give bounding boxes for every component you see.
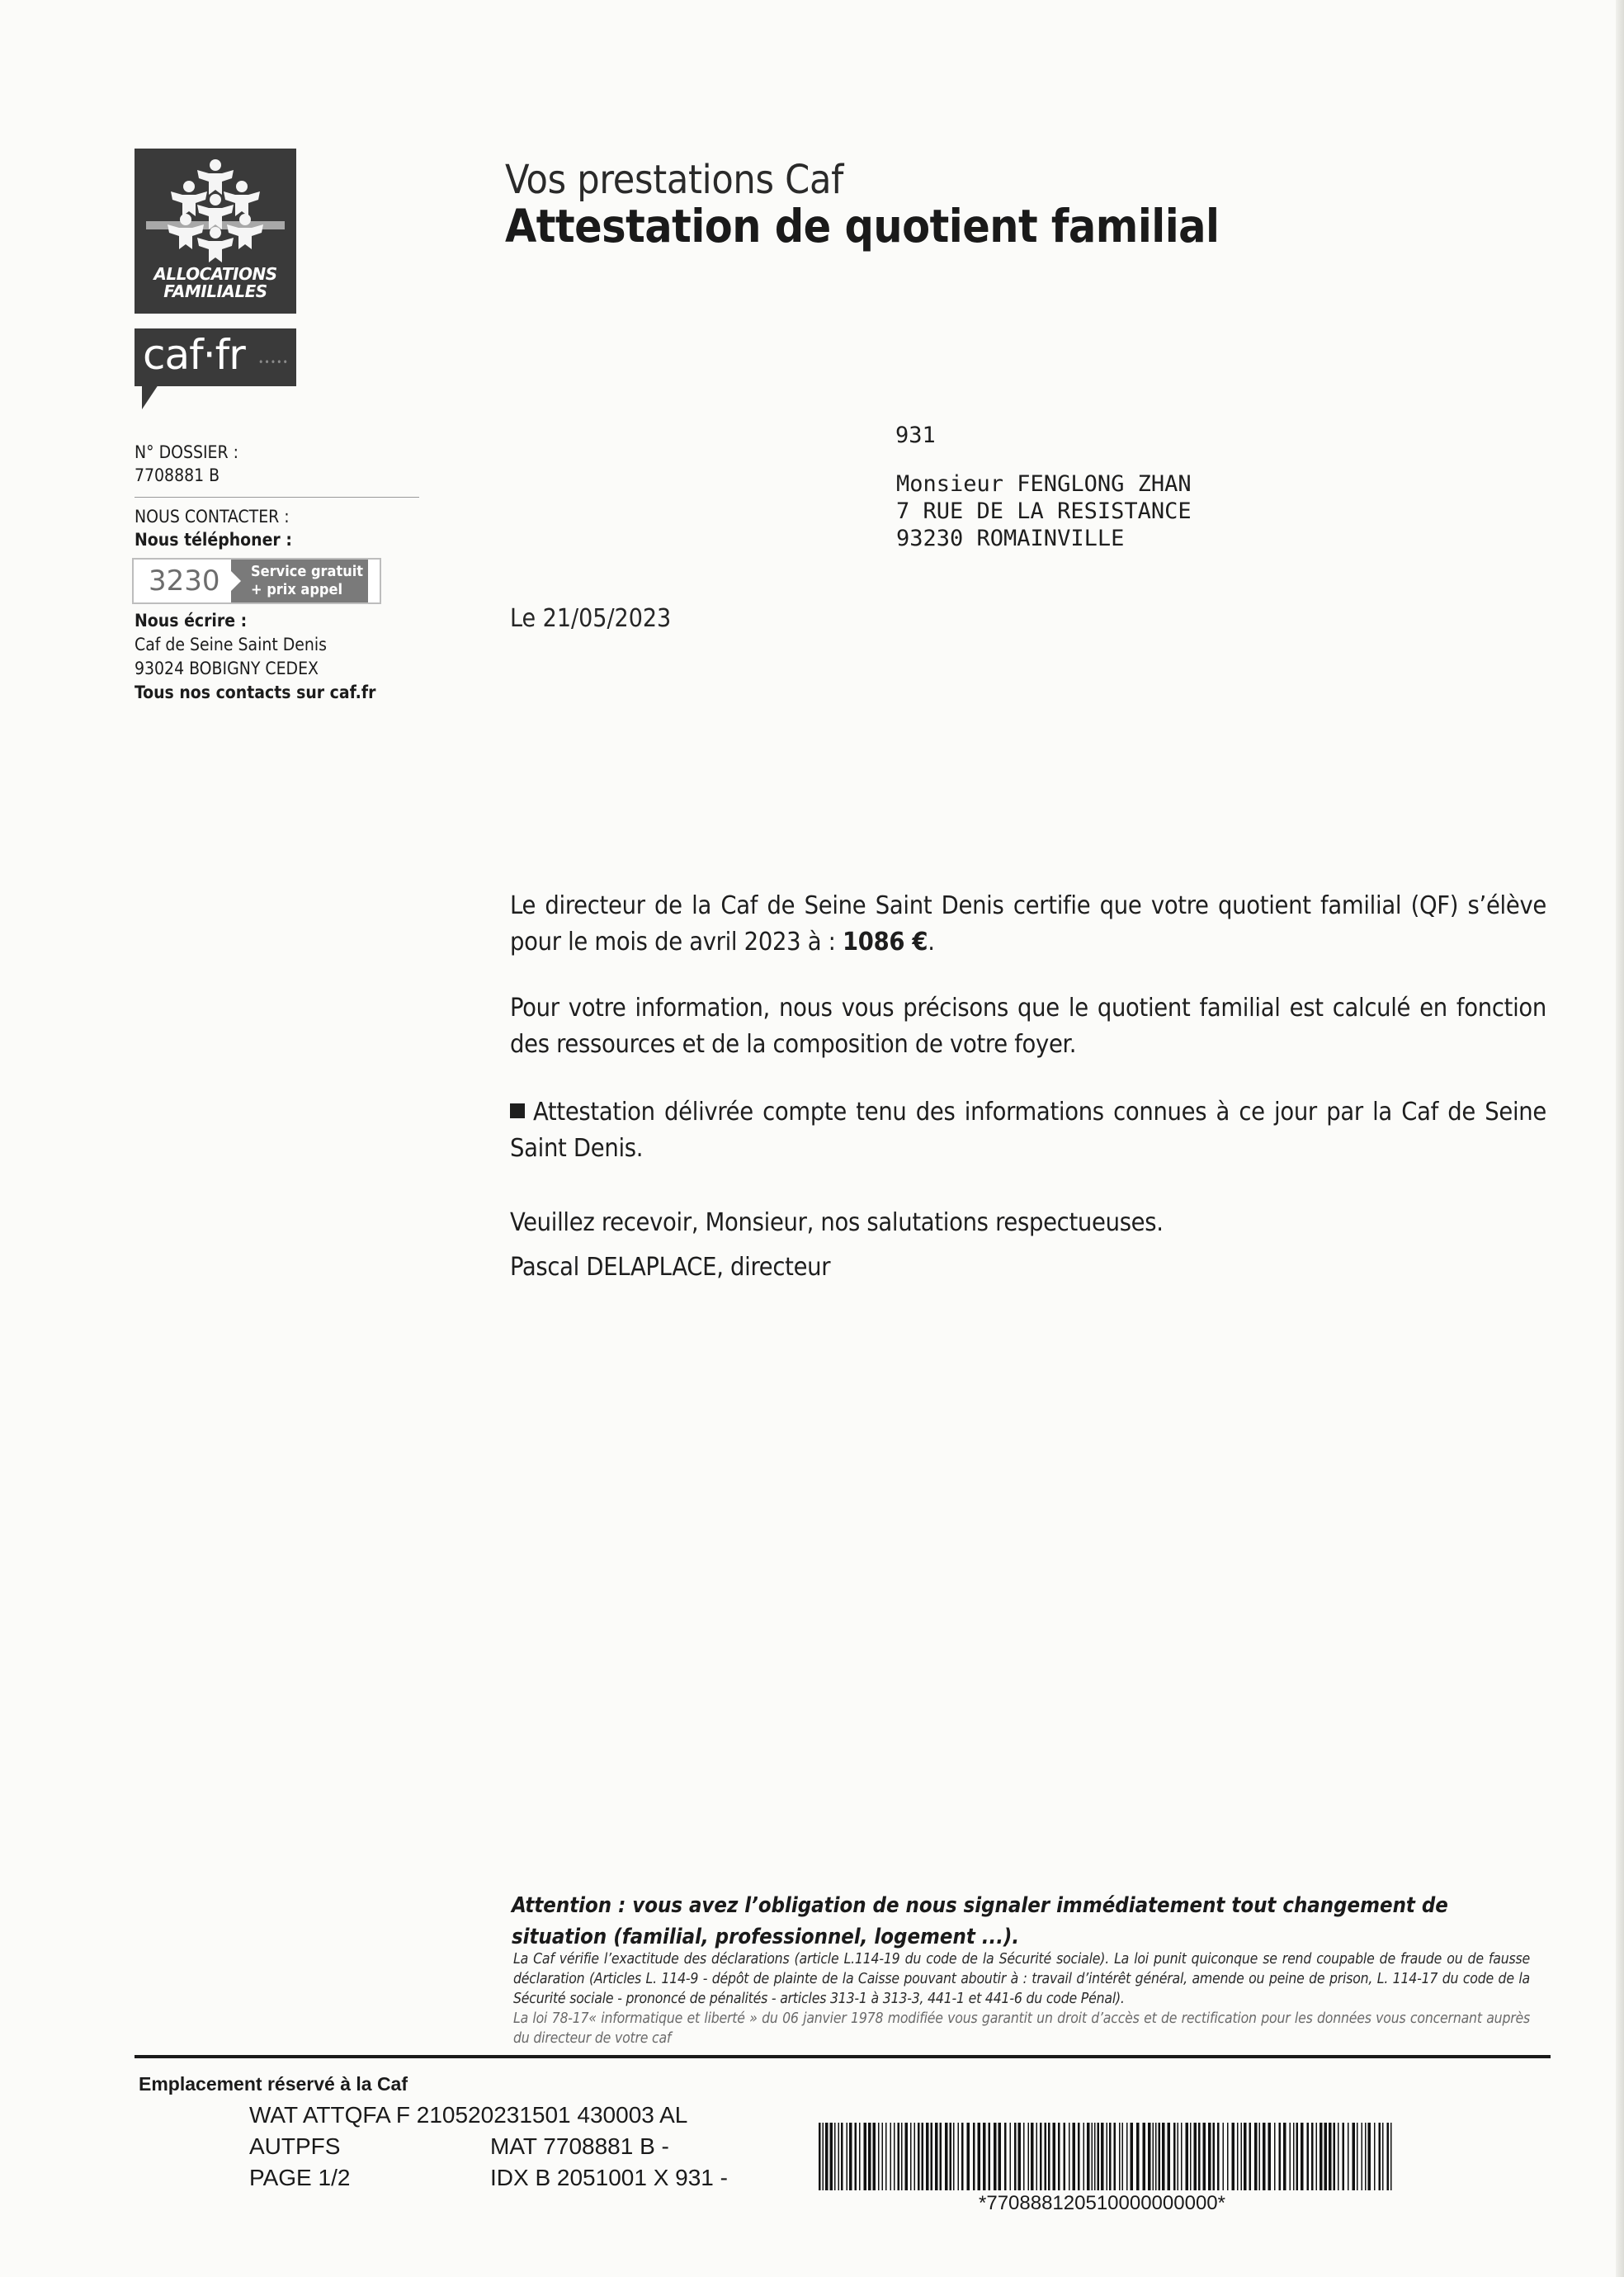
paragraph-qf: Le directeur de la Caf de Seine Saint De… xyxy=(510,888,1546,961)
caf-logo: ALLOCATIONS FAMILIALES xyxy=(135,149,296,314)
recipient-name: Monsieur FENGLONG ZHAN xyxy=(896,470,1192,498)
paper-edge xyxy=(1616,0,1624,2277)
paragraph-attestation: Attestation délivrée compte tenu des inf… xyxy=(510,1094,1546,1167)
bullet-square-icon xyxy=(510,1103,525,1118)
write-address-line-2: 93024 BOBIGNY CEDEX xyxy=(135,657,419,681)
caf-fr-dots-icon: ••••• xyxy=(258,357,289,368)
caf-fr-label: caf·fr xyxy=(143,330,245,380)
phone-tag: Service gratuit + prix appel xyxy=(231,560,368,602)
contact-heading: NOUS CONTACTER : xyxy=(135,505,419,528)
letter-date: Le 21/05/2023 xyxy=(510,604,671,633)
reserved-area-label: Emplacement réservé à la Caf xyxy=(139,2073,408,2095)
code-right-2: MAT 7708881 B - xyxy=(490,2133,669,2161)
sidebar-divider xyxy=(135,497,419,498)
write-label: Nous écrire : xyxy=(135,609,419,633)
family-people-icon xyxy=(135,155,296,262)
dossier-number: 7708881 B xyxy=(135,464,419,487)
attestation-text: Attestation délivrée compte tenu des inf… xyxy=(510,1098,1546,1163)
notice-title: Attention : vous avez l’obligation de no… xyxy=(512,1890,1527,1953)
paragraph-info: Pour votre information, nous vous précis… xyxy=(510,990,1546,1063)
contact-block: NOUS CONTACTER : Nous téléphoner : xyxy=(135,505,419,551)
logo-wordmark: ALLOCATIONS FAMILIALES xyxy=(135,266,296,300)
phone-number[interactable]: 3230 xyxy=(149,565,220,598)
recipient-address: Monsieur FENGLONG ZHAN 7 RUE DE LA RESIS… xyxy=(896,470,1192,552)
phone-label: Nous téléphoner : xyxy=(135,528,419,551)
write-address-line-1: Caf de Seine Saint Denis xyxy=(135,633,419,657)
qf-amount: 1086 € xyxy=(843,928,928,957)
code-line-1: WAT ATTQFA F 210520231501 430003 AL xyxy=(249,2101,687,2129)
code-left-3: PAGE 1/2 xyxy=(249,2164,350,2192)
phone-badge[interactable]: 3230 Service gratuit + prix appel xyxy=(132,558,381,604)
caf-fr-badge: caf·fr ••••• xyxy=(135,328,296,386)
code-right-3: IDX B 2051001 X 931 - xyxy=(490,2164,728,2192)
notice-legal-text: La Caf vérifie l’exactitude des déclarat… xyxy=(513,1949,1530,2009)
notice-divider xyxy=(135,2055,1551,2058)
barcode-value: *770888120510000000000* xyxy=(979,2192,1225,2215)
barcode xyxy=(817,2123,1395,2190)
dossier-label: N° DOSSIER : xyxy=(135,441,419,464)
qf-statement: Le directeur de la Caf de Seine Saint De… xyxy=(510,891,1546,957)
phone-tag-line-1: Service gratuit xyxy=(251,563,368,581)
recipient-street: 7 RUE DE LA RESISTANCE xyxy=(896,498,1192,525)
speech-bubble-tail-icon xyxy=(142,385,158,409)
write-block: Nous écrire : Caf de Seine Saint Denis 9… xyxy=(135,609,419,705)
notice-privacy-text: La loi 78-17« informatique et liberté » … xyxy=(513,2009,1530,2048)
logo-line-1: ALLOCATIONS xyxy=(135,266,296,283)
logo-line-2: FAMILIALES xyxy=(135,283,296,300)
contacts-link[interactable]: Tous nos contacts sur caf.fr xyxy=(135,681,419,705)
notice-legal: La Caf vérifie l’exactitude des déclarat… xyxy=(513,1949,1530,2048)
recipient-city: 93230 ROMAINVILLE xyxy=(896,525,1192,552)
dossier-block: N° DOSSIER : 7708881 B xyxy=(135,441,419,487)
page-title: Attestation de quotient familial xyxy=(505,200,1220,253)
signature: Pascal DELAPLACE, directeur xyxy=(510,1250,1546,1286)
page-kicker: Vos prestations Caf xyxy=(505,157,843,203)
code-left-2: AUTPFS xyxy=(249,2133,340,2161)
qf-period: . xyxy=(928,928,934,957)
closing-line: Veuillez recevoir, Monsieur, nos salutat… xyxy=(510,1205,1546,1241)
phone-tag-line-2: + prix appel xyxy=(251,581,368,599)
sort-code: 931 xyxy=(895,423,936,448)
